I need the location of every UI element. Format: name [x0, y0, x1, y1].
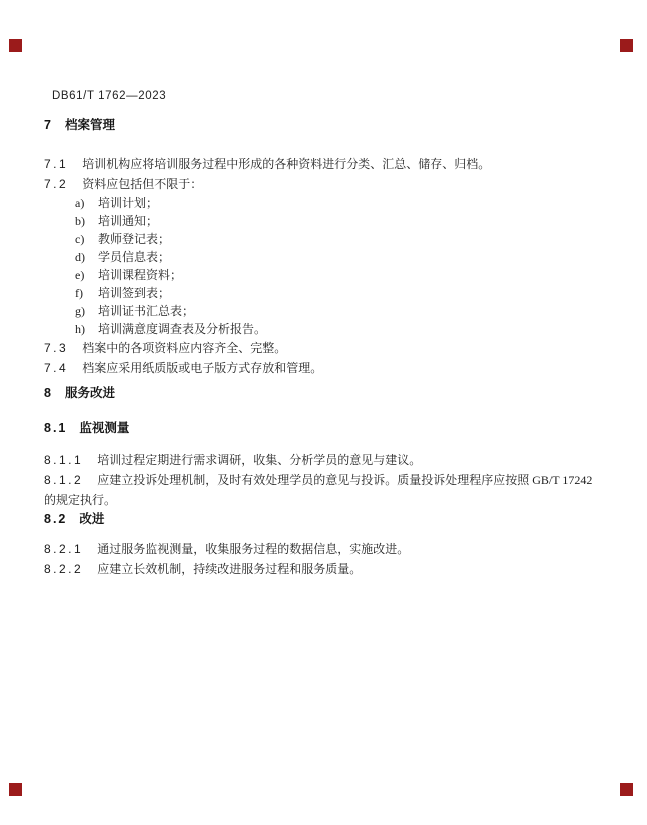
list-item-text: 培训通知； [98, 212, 158, 230]
list-item-text: 培训计划； [98, 194, 158, 212]
clause-8-2-2-text: 应建立长效机制，持续改进服务过程和服务质量。 [97, 562, 361, 576]
list-item-marker: a) [75, 194, 98, 212]
clause-7-2: 7.2资料应包括但不限于： [44, 174, 600, 194]
section-8-2-number: 8.2 [44, 512, 67, 526]
list-item-marker: f) [75, 284, 98, 302]
clause-8-1-1: 8.1.1培训过程定期进行需求调研，收集、分析学员的意见与建议。 [44, 450, 600, 470]
list-item-marker: d) [75, 248, 98, 266]
list-item: h)培训满意度调查表及分析报告。 [44, 320, 600, 338]
corner-mark-bottom-right [620, 783, 633, 796]
clause-8-2-2-number: 8.2.2 [44, 562, 83, 576]
list-item: f)培训签到表； [44, 284, 600, 302]
section-8-title: 服务改进 [65, 386, 115, 400]
list-item-text: 培训满意度调查表及分析报告。 [98, 320, 266, 338]
clause-7-4-number: 7.4 [44, 361, 68, 375]
page-content: DB61/T 1762—2023 7档案管理 7.1培训机构应将培训服务过程中形… [44, 0, 600, 579]
list-item: g)培训证书汇总表； [44, 302, 600, 320]
list-item-text: 学员信息表； [98, 248, 170, 266]
list-item: e)培训课程资料； [44, 266, 600, 284]
section-8-heading: 8服务改进 [44, 386, 600, 401]
clause-7-3-number: 7.3 [44, 341, 68, 355]
list-item-marker: c) [75, 230, 98, 248]
section-7-heading: 7档案管理 [44, 118, 600, 133]
clause-7-1-number: 7.1 [44, 157, 68, 171]
list-item: a)培训计划； [44, 194, 600, 212]
section-8-2-title: 改进 [79, 512, 104, 526]
clause-8-1-2-text: 应建立投诉处理机制，及时有效处理学员的意见与投诉。质量投诉处理程序应按照 GB/… [44, 473, 592, 507]
list-item-marker: e) [75, 266, 98, 284]
clause-8-1-2: 8.1.2应建立投诉处理机制，及时有效处理学员的意见与投诉。质量投诉处理程序应按… [44, 470, 600, 510]
clause-7-4: 7.4档案应采用纸质版或电子版方式存放和管理。 [44, 358, 600, 378]
corner-mark-bottom-left [9, 783, 22, 796]
section-7-title: 档案管理 [65, 118, 115, 132]
section-8-1-number: 8.1 [44, 421, 67, 435]
list-item-text: 培训签到表； [98, 284, 170, 302]
section-8-number: 8 [44, 386, 53, 400]
clause-8-2-1-text: 通过服务监视测量，收集服务过程的数据信息，实施改进。 [97, 542, 409, 556]
list-item-marker: g) [75, 302, 98, 320]
clause-8-1-1-number: 8.1.1 [44, 453, 83, 467]
list-item-text: 教师登记表； [98, 230, 170, 248]
document-code: DB61/T 1762—2023 [52, 89, 600, 104]
corner-mark-top-right [620, 39, 633, 52]
clause-8-1-2-number: 8.1.2 [44, 473, 83, 487]
list-item-text: 培训课程资料； [98, 266, 182, 284]
section-7-number: 7 [44, 118, 53, 132]
list-item-text: 培训证书汇总表； [98, 302, 194, 320]
clause-7-4-text: 档案应采用纸质版或电子版方式存放和管理。 [82, 361, 322, 375]
corner-mark-top-left [9, 39, 22, 52]
clause-7-3: 7.3档案中的各项资料应内容齐全、完整。 [44, 338, 600, 358]
clause-8-2-2: 8.2.2应建立长效机制，持续改进服务过程和服务质量。 [44, 559, 600, 579]
list-item-marker: b) [75, 212, 98, 230]
section-8-1-title: 监视测量 [79, 421, 129, 435]
section-8-1-heading: 8.1监视测量 [44, 421, 600, 436]
list-item: d)学员信息表； [44, 248, 600, 266]
clause-8-1-1-text: 培训过程定期进行需求调研，收集、分析学员的意见与建议。 [97, 453, 421, 467]
list-item: b)培训通知； [44, 212, 600, 230]
document-page: DB61/T 1762—2023 7档案管理 7.1培训机构应将培训服务过程中形… [0, 0, 647, 825]
clause-7-1: 7.1培训机构应将培训服务过程中形成的各种资料进行分类、汇总、储存、归档。 [44, 154, 600, 174]
section-8-2-heading: 8.2改进 [44, 512, 600, 527]
materials-list: a)培训计划； b)培训通知； c)教师登记表； d)学员信息表； e)培训课程… [44, 194, 600, 338]
clause-7-2-number: 7.2 [44, 177, 68, 191]
clause-8-2-1: 8.2.1通过服务监视测量，收集服务过程的数据信息，实施改进。 [44, 539, 600, 559]
list-item: c)教师登记表； [44, 230, 600, 248]
list-item-marker: h) [75, 320, 98, 338]
clause-7-2-text: 资料应包括但不限于： [82, 177, 202, 191]
clause-8-2-1-number: 8.2.1 [44, 542, 83, 556]
clause-7-1-text: 培训机构应将培训服务过程中形成的各种资料进行分类、汇总、储存、归档。 [82, 157, 490, 171]
clause-7-3-text: 档案中的各项资料应内容齐全、完整。 [82, 341, 286, 355]
